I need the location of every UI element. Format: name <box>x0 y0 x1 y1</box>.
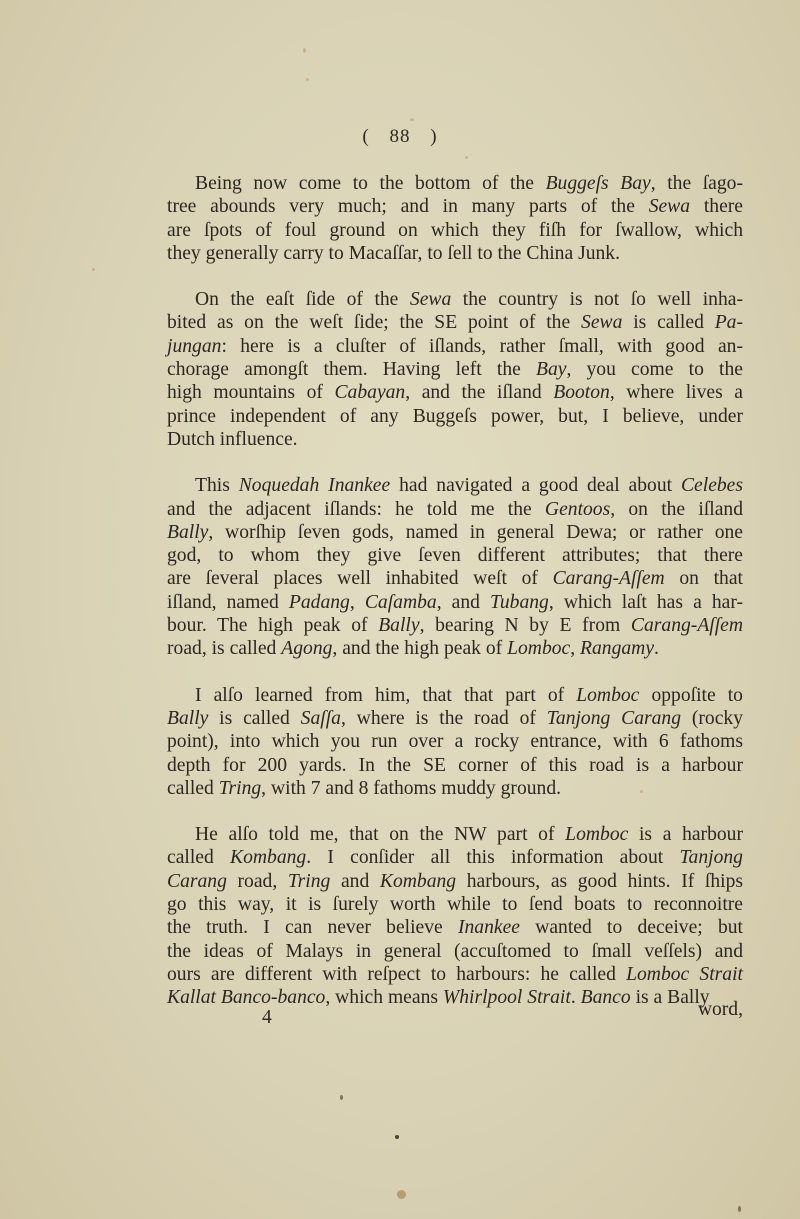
text-run: . I conſider all this information about <box>306 847 679 868</box>
text-run: This <box>195 475 239 496</box>
text-run: are ſpots of foul ground on which they f… <box>167 220 743 241</box>
italic-proper-noun: Lomboc Strait <box>626 964 743 985</box>
italic-proper-noun: Carang <box>167 871 227 892</box>
text-run: , <box>350 592 365 613</box>
text-line: I alſo learned from him, that that part … <box>167 684 743 707</box>
text-run: and <box>330 871 380 892</box>
text-run: He alſo told me, that on the NW part of <box>195 824 565 845</box>
italic-proper-noun: Padang <box>289 592 350 613</box>
italic-proper-noun: Bally <box>167 522 208 543</box>
text-run: bour. The high peak of <box>167 615 378 636</box>
text-run: they generally carry to Macaſſar, to ſel… <box>167 243 620 264</box>
italic-proper-noun: Pa- <box>715 312 743 333</box>
text-run: are ſeveral places well inhabited weſt o… <box>167 568 553 589</box>
text-line: god, to whom they give ſeven different a… <box>167 544 743 567</box>
text-run: . <box>654 638 659 659</box>
italic-proper-noun: Saſſa <box>301 708 341 729</box>
catchword: word, <box>698 999 743 1021</box>
text-run: tree abounds very much; and in many part… <box>167 196 649 217</box>
text-line: the ideas of Malays in general (accuſtom… <box>167 940 743 963</box>
italic-proper-noun: Booton <box>553 382 610 403</box>
foxing-spot <box>340 1095 343 1100</box>
italic-proper-noun: Sewa <box>410 289 451 310</box>
paragraph: Being now come to the bottom of the Bugg… <box>167 172 743 265</box>
text-run: , which laſt has a har- <box>549 592 743 613</box>
text-run: oppoſite to <box>639 685 743 706</box>
text-line: called Tring, with 7 and 8 fathoms muddy… <box>167 777 743 800</box>
text-run: , <box>570 638 580 659</box>
text-line: go this way, it is ſurely worth while to… <box>167 893 743 916</box>
text-run: the country is not ſo well inha- <box>451 289 743 310</box>
italic-proper-noun: Inankee <box>458 917 520 938</box>
foxing-spot <box>395 1135 399 1139</box>
paragraph: I alſo learned from him, that that part … <box>167 684 743 800</box>
foxing-spot <box>410 118 414 121</box>
text-line: He alſo told me, that on the NW part of … <box>167 823 743 846</box>
text-line: they generally carry to Macaſſar, to ſel… <box>167 242 743 265</box>
paren-open: ( <box>362 126 369 148</box>
text-run: there <box>690 196 743 217</box>
italic-proper-noun: Lomboc <box>507 638 570 659</box>
text-run: chorage amongſt them. Having left the <box>167 359 536 380</box>
foxing-spot <box>306 78 309 81</box>
text-run: go this way, it is ſurely worth while to… <box>167 894 743 915</box>
italic-proper-noun: Buggeſs Bay <box>546 173 651 194</box>
text-line: jungan: here is a cluſter of iſlands, ra… <box>167 335 743 358</box>
italic-proper-noun: Agong <box>281 638 332 659</box>
text-line: Being now come to the bottom of the Bugg… <box>167 172 743 195</box>
text-line: Dutch influence. <box>167 428 743 451</box>
text-run: called <box>167 847 230 868</box>
italic-proper-noun: Tanjong Carang <box>547 708 681 729</box>
text-run: , where lives a <box>610 382 743 403</box>
foxing-spot <box>397 1190 406 1199</box>
page-number-header: ( 88 ) <box>0 126 800 148</box>
text-run: , bearing N by E from <box>420 615 631 636</box>
text-run: Being now come to the bottom of the <box>195 173 546 194</box>
italic-proper-noun: Caſamba <box>365 592 437 613</box>
italic-proper-noun: Lomboc <box>565 824 628 845</box>
italic-proper-noun: Noquedah Inankee <box>239 475 390 496</box>
text-run: Dutch influence. <box>167 429 298 450</box>
text-line: Bally, worſhip ſeven gods, named in gene… <box>167 521 743 544</box>
text-run: road, <box>227 871 288 892</box>
text-run: iſland, named <box>167 592 289 613</box>
text-line: depth for 200 yards. In the SE corner of… <box>167 754 743 777</box>
text-run: On the eaſt ſide of the <box>195 289 410 310</box>
text-line: bour. The high peak of Bally, bearing N … <box>167 614 743 637</box>
page-footer: 4 word, <box>167 1003 743 1027</box>
text-line: road, is called Agong, and the high peak… <box>167 637 743 660</box>
italic-proper-noun: Carang-Aſſem <box>631 615 743 636</box>
italic-proper-noun: jungan <box>167 336 221 357</box>
text-run: : here is a cluſter of iſlands, rather ſ… <box>221 336 743 357</box>
text-line: ours are different with reſpect to harbo… <box>167 963 743 986</box>
text-run: on that <box>665 568 743 589</box>
text-run: , where is the road of <box>341 708 547 729</box>
text-run: point), into which you run over a rocky … <box>167 731 743 752</box>
paragraph: On the eaſt ſide of the Sewa the country… <box>167 288 743 451</box>
italic-proper-noun: Tring <box>219 778 261 799</box>
text-run: , with 7 and 8 fathoms muddy ground. <box>261 778 561 799</box>
body-text: Being now come to the bottom of the Bugg… <box>167 172 743 1010</box>
text-line: the truth. I can never believe Inankee w… <box>167 916 743 939</box>
text-line: and the adjacent iſlands: he told me the… <box>167 498 743 521</box>
paragraph: This Noquedah Inankee had navigated a go… <box>167 474 743 660</box>
italic-proper-noun: Kombang <box>230 847 306 868</box>
text-run: is called <box>622 312 714 333</box>
text-run: road, is called <box>167 638 281 659</box>
paren-close: ) <box>430 126 437 148</box>
italic-proper-noun: Celebes <box>681 475 743 496</box>
text-line: iſland, named Padang, Caſamba, and Tuban… <box>167 591 743 614</box>
text-run: had navigated a good deal about <box>390 475 681 496</box>
text-line: called Kombang. I conſider all this info… <box>167 846 743 869</box>
text-line: prince independent of any Buggeſs power,… <box>167 405 743 428</box>
text-line: high mountains of Cabayan, and the iſlan… <box>167 381 743 404</box>
text-run: , and the high peak of <box>332 638 507 659</box>
italic-proper-noun: Sewa <box>649 196 690 217</box>
italic-proper-noun: Kombang <box>380 871 456 892</box>
text-run: I alſo learned from him, that that part … <box>195 685 576 706</box>
text-run: the ideas of Malays in general (accuſtom… <box>167 941 743 962</box>
italic-proper-noun: Bally <box>378 615 419 636</box>
text-run: harbours, as good hints. If ſhips <box>456 871 743 892</box>
text-run: bited as on the weſt ſide; the SE point … <box>167 312 581 333</box>
scanned-book-page: ( 88 ) Being now come to the bottom of t… <box>0 0 800 1219</box>
text-run: , worſhip ſeven gods, named in general D… <box>208 522 743 543</box>
italic-proper-noun: Tubang <box>490 592 549 613</box>
text-run: prince independent of any Buggeſs power,… <box>167 406 743 427</box>
signature-mark: 4 <box>262 1007 272 1029</box>
text-run: is a harbour <box>628 824 743 845</box>
text-line: On the eaſt ſide of the Sewa the country… <box>167 288 743 311</box>
text-run: high mountains of <box>167 382 334 403</box>
text-line: Bally is called Saſſa, where is the road… <box>167 707 743 730</box>
foxing-spot <box>303 48 306 53</box>
italic-proper-noun: Cabayan <box>334 382 405 403</box>
text-line: are ſpots of foul ground on which they f… <box>167 219 743 242</box>
italic-proper-noun: Carang-Aſſem <box>553 568 665 589</box>
text-run: , on the iſland <box>610 499 743 520</box>
foxing-spot <box>738 1206 741 1212</box>
page-number: 88 <box>390 126 411 147</box>
text-run: wanted to deceive; but <box>520 917 743 938</box>
text-line: tree abounds very much; and in many part… <box>167 195 743 218</box>
italic-proper-noun: Bay <box>536 359 566 380</box>
text-run: , and <box>437 592 490 613</box>
foxing-spot <box>465 156 468 159</box>
text-run: (rocky <box>681 708 743 729</box>
italic-proper-noun: Sewa <box>581 312 622 333</box>
text-run: , the ſago- <box>651 173 743 194</box>
text-line: bited as on the weſt ſide; the SE point … <box>167 311 743 334</box>
text-line: This Noquedah Inankee had navigated a go… <box>167 474 743 497</box>
italic-proper-noun: Lomboc <box>576 685 639 706</box>
text-run: ours are different with reſpect to harbo… <box>167 964 626 985</box>
text-run: the truth. I can never believe <box>167 917 458 938</box>
text-run: called <box>167 778 219 799</box>
text-run: depth for 200 yards. In the SE corner of… <box>167 755 743 776</box>
italic-proper-noun: Gentoos <box>545 499 610 520</box>
text-run: , and the iſland <box>405 382 553 403</box>
italic-proper-noun: Tanjong <box>679 847 743 868</box>
text-run: is called <box>208 708 300 729</box>
italic-proper-noun: Bally <box>167 708 208 729</box>
italic-proper-noun: Tring <box>288 871 330 892</box>
paragraph: He alſo told me, that on the NW part of … <box>167 823 743 1009</box>
text-line: chorage amongſt them. Having left the Ba… <box>167 358 743 381</box>
italic-proper-noun: Rangamy <box>580 638 654 659</box>
text-line: are ſeveral places well inhabited weſt o… <box>167 567 743 590</box>
text-run: , you come to the <box>566 359 743 380</box>
foxing-spot <box>92 268 95 271</box>
text-line: point), into which you run over a rocky … <box>167 730 743 753</box>
text-run: god, to whom they give ſeven different a… <box>167 545 743 566</box>
text-run: and the adjacent iſlands: he told me the <box>167 499 545 520</box>
text-line: Carang road, Tring and Kombang harbours,… <box>167 870 743 893</box>
